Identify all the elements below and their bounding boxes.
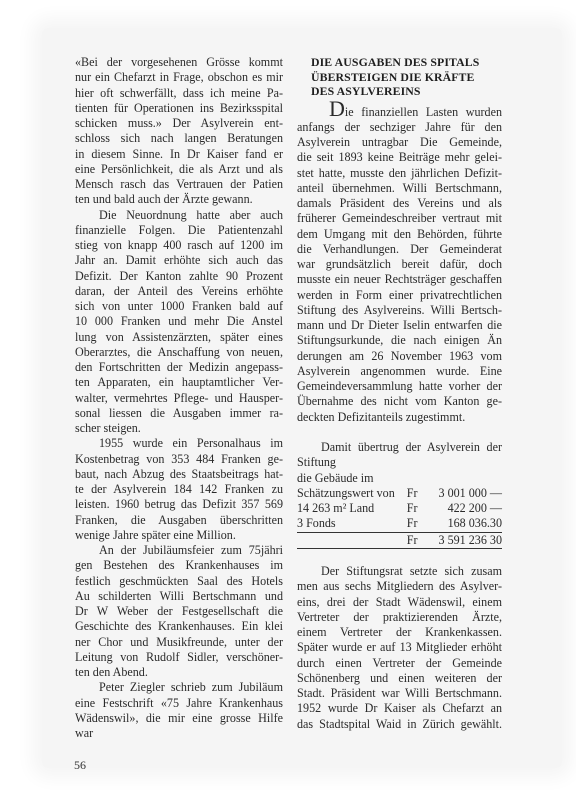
- text-line: Gemeindeversammlung hatte vorher der: [297, 379, 502, 394]
- paragraph-intro: Die finanziellen Lasten wurden anfangs d…: [297, 104, 502, 425]
- row-label: 14 263 m² Land: [297, 501, 407, 516]
- text-line: Asylverein untragbar Die Gemeinde,: [297, 135, 502, 150]
- heading-line: ÜBERSTEIGEN DIE KRÄFTE: [311, 70, 502, 85]
- text-line: Der Stiftungsrat setzte sich zusam: [297, 564, 502, 579]
- text-line: walter, vermehrtes Pflege- und Hausper-: [75, 391, 283, 406]
- text-line: ten Apparaten, ein hauptamtlicher Ver-: [75, 375, 283, 390]
- transfer-section: Damit übertrug der Asylverein der Stiftu…: [297, 440, 502, 549]
- text-line: in diesem Sinne. In Dr Kaiser fand er: [75, 147, 283, 162]
- section-heading: DIE AUSGABEN DES SPITALS ÜBERSTEIGEN DIE…: [297, 55, 502, 99]
- table-row: 14 263 m² Land Fr 422 200 —: [297, 501, 502, 516]
- page-number: 56: [74, 758, 86, 773]
- text-line: das Stadtspital Waid in Zürich gewählt.: [297, 717, 502, 732]
- text-line: den Fortschritten der Medizin angepass-: [75, 360, 283, 375]
- text-line: Jahr an. Damit erhöhte sich auch das: [75, 253, 283, 268]
- row-currency: Fr: [407, 501, 431, 516]
- row-currency: Fr: [407, 486, 431, 501]
- text-line: Stiftung: [297, 455, 502, 470]
- text-line: einem Vertreter der Krankenkassen.: [297, 625, 502, 640]
- text-line: wenige Jahre später eine Million.: [75, 528, 283, 543]
- text-line: ten und bald auch der Ärzte gewann.: [75, 192, 283, 207]
- text-line: ten den Abend.: [75, 665, 283, 680]
- text-line: Oberarztes, die Anschaffung von neuen,: [75, 345, 283, 360]
- text-fragment: ie finanziellen Lasten wurden: [345, 105, 502, 119]
- text-line: Schönenberg und einen weiteren der: [297, 671, 502, 686]
- total-currency: Fr: [407, 532, 431, 548]
- text-line: Dr W Weber der Festgesellschaft die: [75, 604, 283, 619]
- text-line: Die Neuordnung hatte aber auch: [75, 208, 283, 223]
- text-line: hier oft schwerfällt, dass ich meine Pa-: [75, 86, 283, 101]
- text-line: die seit 1893 keine Beiträge mehr gelei-: [297, 150, 502, 165]
- text-line: war grundsätzlich bereit dafür, doch: [297, 257, 502, 272]
- total-amount: 3 591 236 30: [431, 532, 502, 548]
- text-line: 1952 wurde Dr Kaiser als Chefarzt an: [297, 701, 502, 716]
- row-label: 3 Fonds: [297, 516, 407, 532]
- assets-table: Schätzungswert von Fr 3 001 000 — 14 263…: [297, 486, 502, 549]
- text-line: ner Chor und Musikfreunde, unter der: [75, 635, 283, 650]
- text-line: Franken, die Ausgaben überschritten: [75, 513, 283, 528]
- paragraph-jubilaeum: An der Jubiläumsfeier zum 75jähri gen Be…: [75, 543, 283, 680]
- text-line: daran, der Anteil des Vereins erhöhte: [75, 284, 283, 299]
- left-column: «Bei der vorgesehenen Grösse kommt nur e…: [75, 55, 283, 741]
- row-amount: 3 001 000 —: [431, 486, 502, 501]
- text-line: An der Jubiläumsfeier zum 75jähri: [75, 543, 283, 558]
- text-line: war: [75, 726, 283, 741]
- text-line: Au schilderten Willi Bertschmann und: [75, 589, 283, 604]
- text-line: «Bei der vorgesehenen Grösse kommt: [75, 55, 283, 70]
- text-line: 1955 wurde ein Personalhaus im: [75, 436, 283, 451]
- text-line: lung von Assistenzärzten, später eines: [75, 330, 283, 345]
- text-line: Später wurde er auf 13 Mitglieder erhöht: [297, 640, 502, 655]
- row-amount: 168 036.30: [431, 516, 502, 532]
- drop-cap: D: [329, 96, 345, 121]
- text-line: Defizit. Der Kanton zahlte 90 Prozent: [75, 269, 283, 284]
- text-line: Mensch rasch das Vertrauen der Patien: [75, 177, 283, 192]
- text-line: Die finanziellen Lasten wurden: [297, 104, 502, 120]
- text-line: die Gebäude im: [297, 471, 502, 486]
- text-line: mann und Dr Dieter Iselin entwarfen die: [297, 318, 502, 333]
- row-amount: 422 200 —: [431, 501, 502, 516]
- text-line: Stiftungsurkunde, die nach einigen Än: [297, 333, 502, 348]
- table-row: Schätzungswert von Fr 3 001 000 —: [297, 486, 502, 501]
- spacer: [297, 549, 502, 564]
- text-line: sich von unter 1000 Franken bald auf: [75, 299, 283, 314]
- text-line: baut, nach Abzug des Staatsbeitrags hat-: [75, 467, 283, 482]
- text-line: früherer Gemeindeschreiber vertraut mit: [297, 211, 502, 226]
- paragraph-stiftungsrat: Der Stiftungsrat setzte sich zusam men a…: [297, 564, 502, 732]
- text-line: sonal liessen die Ausgaben immer ra-: [75, 406, 283, 421]
- text-line: Vertreter der praktizierenden Ärzte,: [297, 610, 502, 625]
- text-line: Kostenbetrag von 353 484 Franken ge-: [75, 452, 283, 467]
- text-line: finanzielle Folgen. Die Patientenzahl: [75, 223, 283, 238]
- text-line: anteil übernehmen. Willi Bertschmann,: [297, 181, 502, 196]
- text-line: Stadt. Präsident war Willi Bertschmann.: [297, 686, 502, 701]
- row-label: [297, 532, 407, 548]
- text-line: damals Präsident des Vereins und als: [297, 196, 502, 211]
- text-line: die Verhandlungen. Der Gemeinderat: [297, 242, 502, 257]
- text-line: Stiftung des Asylvereins. Willi Bertsch-: [297, 303, 502, 318]
- paragraph-festschrift: Peter Ziegler schrieb zum Jubiläum eine …: [75, 680, 283, 741]
- text-line: Asylverein angenommen wurde. Eine: [297, 364, 502, 379]
- paragraph-neuordnung: Die Neuordnung hatte aber auch finanziel…: [75, 208, 283, 437]
- text-line: musste ein neuer Rechtsträger geschaffen: [297, 272, 502, 287]
- text-line: anfangs der sechziger Jahre für den: [297, 120, 502, 135]
- text-line: stet hatte, musste den jährlichen Defizi…: [297, 166, 502, 181]
- text-line: eins, drei der Stadt Wädenswil, einem: [297, 595, 502, 610]
- text-line: Geschichte des Krankenhauses. Ein klei: [75, 619, 283, 634]
- paragraph-quote: «Bei der vorgesehenen Grösse kommt nur e…: [75, 55, 283, 208]
- right-column: DIE AUSGABEN DES SPITALS ÜBERSTEIGEN DIE…: [297, 55, 502, 732]
- row-label: Schätzungswert von: [297, 486, 407, 501]
- text-line: gen Bestehen des Krankenhauses im: [75, 558, 283, 573]
- text-line: scher steigen.: [75, 421, 283, 436]
- text-line: Wädenswil», die mir eine grosse Hilfe: [75, 711, 283, 726]
- text-line: nur ein Chefarzt in Frage, obschon es mi…: [75, 70, 283, 85]
- text-line: eine Festschrift «75 Jahre Krankenhaus: [75, 696, 283, 711]
- text-line: tienten für Operationen ins Bezirksspita…: [75, 101, 283, 116]
- text-line: durch einen Vertreter der Gemeinde: [297, 656, 502, 671]
- table-row: 3 Fonds Fr 168 036.30: [297, 516, 502, 532]
- text-line: eine Persönlichkeit, die als Arzt und al…: [75, 162, 283, 177]
- text-line: Leitung von Rudolf Sidler, verschöner-: [75, 650, 283, 665]
- spacer: [297, 425, 502, 440]
- text-line: men aus sechs Mitgliedern des Asylver-: [297, 579, 502, 594]
- text-line: deckten Defizitanteils zugestimmt.: [297, 410, 502, 425]
- text-line: Übernahme des nicht vom Kanton ge-: [297, 394, 502, 409]
- text-line: leisten. 1960 betrug das Defizit 357 569: [75, 497, 283, 512]
- row-currency: Fr: [407, 516, 431, 532]
- total-row: Fr 3 591 236 30: [297, 532, 502, 548]
- text-line: Damit übertrug der Asylverein der: [297, 440, 502, 455]
- text-line: dem Umgang mit den Behörden, führte: [297, 227, 502, 242]
- text-line: derungen am 26 November 1963 vom: [297, 349, 502, 364]
- text-line: schicken muss.» Der Asylverein ent-: [75, 116, 283, 131]
- text-line: schloss sich nach langen Beratungen: [75, 131, 283, 146]
- text-line: 10 000 Franken und mehr Die Anstel: [75, 314, 283, 329]
- text-line: te der Asylverein 184 142 Franken zu: [75, 482, 283, 497]
- text-line: werden in Form einer privatrechtlichen: [297, 288, 502, 303]
- text-line: festlich geschmückten Saal des Hotels: [75, 574, 283, 589]
- heading-line: DIE AUSGABEN DES SPITALS: [311, 55, 502, 70]
- text-line: stieg von knapp 400 rasch auf 1200 im: [75, 238, 283, 253]
- paragraph-1955: 1955 wurde ein Personalhaus im Kostenbet…: [75, 436, 283, 543]
- text-line: Peter Ziegler schrieb zum Jubiläum: [75, 680, 283, 695]
